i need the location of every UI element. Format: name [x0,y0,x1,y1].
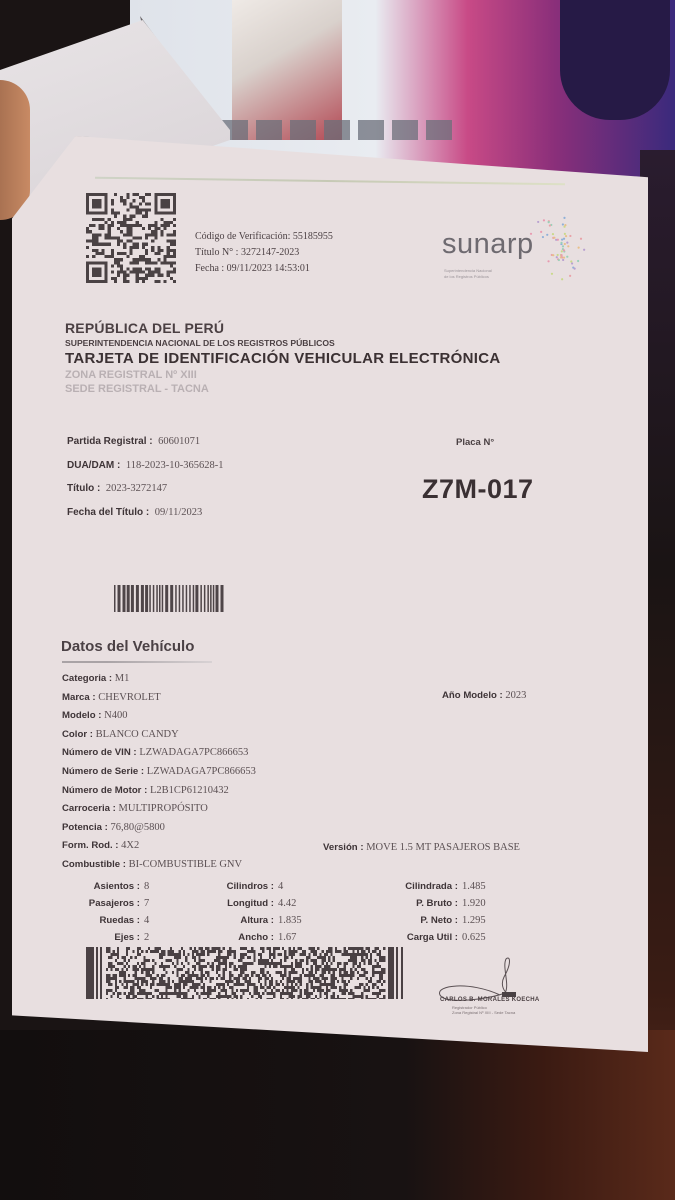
sunarp-starburst-icon [528,212,588,282]
vehicle-field-row: Número de Motor : L2B1CP61210432 [62,782,256,801]
vehicle-field-row: Carroceria : MULTIPROPÓSITO [62,800,256,819]
vehicle-field-row: Marca : CHEVROLET [62,689,256,708]
sede-registral: SEDE REGISTRAL - TACNA [65,383,501,395]
specs-column-2: Cilindros :4Longitud :4.42Altura :1.835A… [200,878,302,946]
spec-row: Longitud :4.42 [200,895,302,912]
sunarp-logo: sunarp Superintendencia Nacional de los … [440,212,585,282]
spec-row: Cilindros :4 [200,878,302,895]
plate-label: Placa N° [456,437,494,448]
spec-row: Altura :1.835 [200,912,302,929]
registration-row: Fecha del Título : 09/11/2023 [67,501,224,525]
vehicle-field-row: Form. Rod. : 4X2 [62,837,256,856]
document-title: TARJETA DE IDENTIFICACIÓN VEHICULAR ELEC… [65,350,501,367]
vehicle-fields: Categoria : M1Marca : CHEVROLETModelo : … [62,670,256,875]
agency-heading: SUPERINTENDENCIA NACIONAL DE LOS REGISTR… [65,338,501,348]
vehicle-field-row: Modelo : N400 [62,707,256,726]
titulo-number: Título N° : 3272147-2023 [195,245,333,261]
vehicle-data-heading: Datos del Vehículo [61,638,194,655]
vehicle-identification-card: Código de Verificación: 55185955 Título … [0,0,675,1200]
verification-code: Código de Verificación: 55185955 [195,229,333,245]
vehicle-field-row: Combustible : BI-COMBUSTIBLE GNV [62,856,256,875]
vehicle-field-row: Número de Serie : LZWADAGA7PC866653 [62,763,256,782]
vehicle-field-row: Color : BLANCO CANDY [62,726,256,745]
qr-code-icon [86,193,176,283]
spec-row: Carga Util :0.625 [382,929,486,946]
specs-column-1: Asientos :8Pasajeros :7Ruedas :4Ejes :2 [72,878,149,946]
plate-number: Z7M-017 [422,474,534,505]
barcode-icon [114,585,226,612]
model-year: Año Modelo : 2023 [442,690,526,701]
vehicle-field-row: Categoria : M1 [62,670,256,689]
verification-info: Código de Verificación: 55185955 Título … [195,229,333,277]
registration-row: Título : 2023-3272147 [67,477,224,501]
spec-row: P. Neto :1.295 [382,912,486,929]
signatory-role: Registrador Público Zona Registral Nº XI… [452,1005,515,1015]
vehicle-version: Versión : MOVE 1.5 MT PASAJEROS BASE [323,842,520,853]
pdf417-barcode-icon [86,947,406,999]
title-block: REPÚBLICA DEL PERÚ SUPERINTENDENCIA NACI… [65,320,501,395]
spec-row: Pasajeros :7 [72,895,149,912]
vehicle-field-row: Número de VIN : LZWADAGA7PC866653 [62,744,256,763]
country-heading: REPÚBLICA DEL PERÚ [65,320,501,336]
registration-info: Partida Registral : 60601071 DUA/DAM : 1… [67,430,224,524]
registration-row: DUA/DAM : 118-2023-10-365628-1 [67,454,224,478]
vehicle-data-underline [62,661,212,663]
zona-registral: ZONA REGISTRAL Nº XIII [65,369,501,381]
registration-row: Partida Registral : 60601071 [67,430,224,454]
spec-row: Ancho :1.67 [200,929,302,946]
vehicle-field-row: Potencia : 76,80@5800 [62,819,256,838]
spec-row: Ejes :2 [72,929,149,946]
signatory-name: CARLOS B. MORALES KOECHA [440,997,540,1003]
spec-row: Ruedas :4 [72,912,149,929]
spec-row: Asientos :8 [72,878,149,895]
spec-row: Cilindrada :1.485 [382,878,486,895]
spec-row: P. Bruto :1.920 [382,895,486,912]
specs-column-3: Cilindrada :1.485P. Bruto :1.920P. Neto … [382,878,486,946]
issue-datetime: Fecha : 09/11/2023 14:53:01 [195,261,333,277]
